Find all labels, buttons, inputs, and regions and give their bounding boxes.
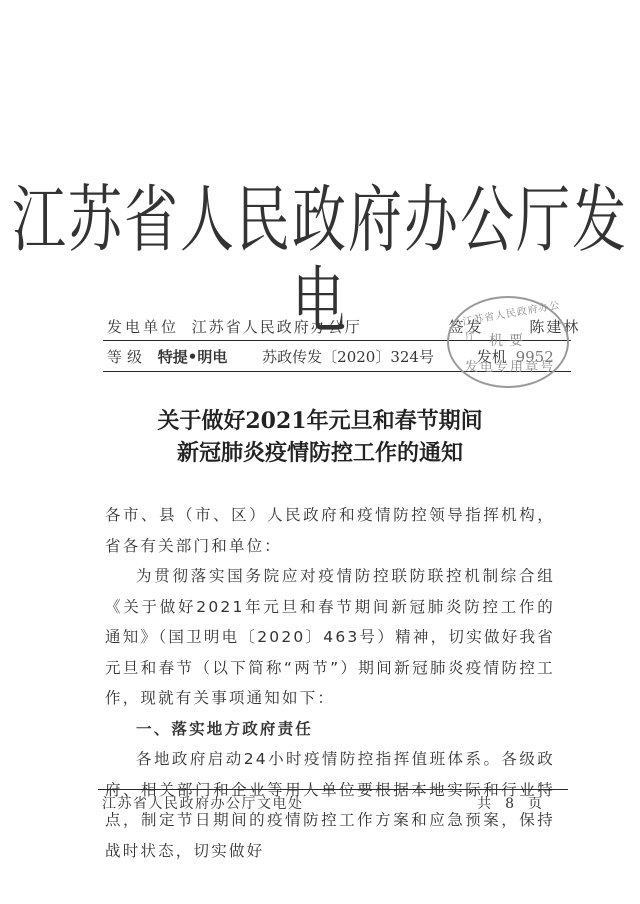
salutation: 各市、县（市、区）人民政府和疫情防控领导指挥机构，省各有关部门和单位： bbox=[105, 500, 555, 561]
page-footer: 江苏省人民政府办公厅文电处 共 8 页 bbox=[102, 793, 542, 813]
sender-value: 江苏省人民政府办公厅 bbox=[192, 316, 362, 337]
doc-number: 苏政传发〔2020〕324号 bbox=[262, 346, 434, 367]
notice-title-line1: 关于做好2021年元旦和春节期间 bbox=[0, 406, 640, 436]
level-value: 特提•明电 bbox=[158, 346, 228, 367]
footer-divider bbox=[98, 789, 568, 790]
official-seal-stamp: 江苏省人民政府办公厅 机要 发电专用章号 bbox=[447, 296, 569, 388]
section-1-heading: 一、落实地方政府责任 bbox=[105, 714, 555, 745]
stamp-middle-text: 机要 bbox=[489, 330, 529, 350]
sender-label: 发电单位 bbox=[107, 316, 179, 337]
footer-page-count: 共 8 页 bbox=[477, 793, 542, 813]
level-label: 等级 bbox=[107, 346, 147, 367]
stamp-bottom-text: 发电专用章号 bbox=[465, 356, 555, 375]
notice-title-line2: 新冠肺炎疫情防控工作的通知 bbox=[0, 438, 640, 468]
intro-paragraph: 为贯彻落实国务院应对疫情防控联防联控机制综合组《关于做好2021年元旦和春节期间… bbox=[105, 561, 555, 714]
footer-office: 江苏省人民政府办公厅文电处 bbox=[102, 793, 304, 813]
